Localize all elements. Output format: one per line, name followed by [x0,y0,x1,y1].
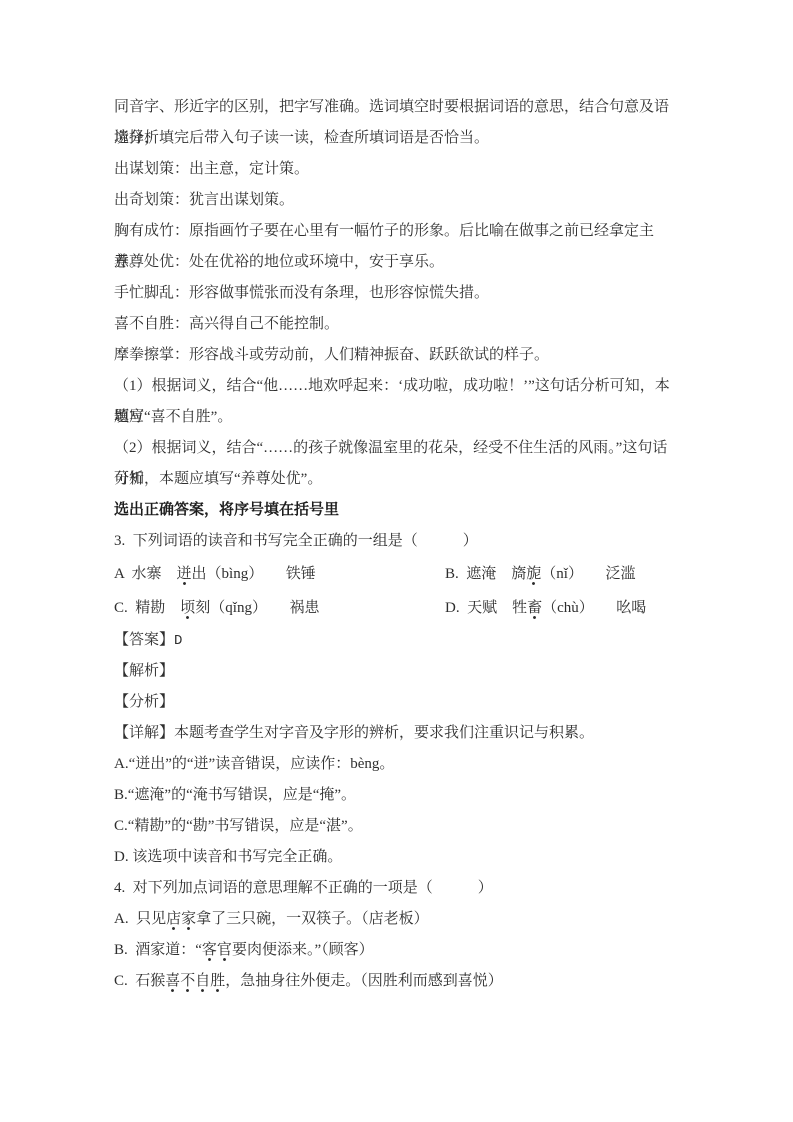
q3-option-c: C. 精勘 顷刻（qǐng） 祸患 [114,591,445,625]
glossary-line-chuqihuace: 出奇划策：犹言出谋划策。 [114,185,680,216]
answer-value: D [174,633,182,649]
q3-option-a-text: 出（bìng） 铁锤 [192,566,316,582]
q3-option-a-text: A 水寨 [114,566,177,582]
glossary-line-yangzunchuyou: 养尊处优：处在优裕的地位或环境中，安于享乐。 [114,247,680,278]
q4-option-a-text: A. 只见 [114,911,166,927]
document-page: 同音字、形近字的区别，把字写准确。选词填空时要根据词语的意思，结合句意及语境分析… [0,0,793,1122]
q3-options-row-1: A 水寨 迸出（bìng） 铁锤 B. 遮淹 旖旎（nǐ） 泛滥 [114,557,680,591]
analysis-item-1-line-2: 填写“喜不自胜”。 [114,402,680,433]
document-content: 同音字、形近字的区别，把字写准确。选词填空时要根据词语的意思，结合句意及语境分析… [114,92,680,997]
q3-option-b-dotted-char: 旎 [526,566,541,586]
glossary-line-xibuzisheng: 喜不自胜：高兴得自己不能控制。 [114,309,680,340]
q3-option-d-dotted-char: 畜 [527,600,542,620]
q4-option-a: A. 只见店家拿了三只碗，一双筷子。（店老板） [114,904,680,935]
note-c: C.“精勘”的“勘”书写错误，应是“湛”。 [114,811,680,842]
xiangjie-line: 【详解】本题考查学生对字音及字形的辨析，要求我们注重识记与积累。 [114,718,680,749]
q3-option-c-text: C. 精勘 [114,600,180,616]
analysis-item-2-line-2: 可知，本题应填写“养尊处优”。 [114,464,680,495]
q4-option-a-text: 拿了三只碗，一双筷子。（店老板） [196,911,429,927]
section-heading: 选出正确答案，将序号填在括号里 [114,495,680,526]
q4-option-b-text: B. 酒家道：“ [114,942,202,958]
q3-option-b-text: B. 遮淹 旖 [445,566,526,582]
fenxi-label: 【分析】 [114,687,680,718]
jiexi-label: 【解析】 [114,656,680,687]
q4-option-b-dotted-word: 客官 [202,942,232,962]
glossary-line-xiongyouchengzhu: 胸有成竹：原指画竹子要在心里有一幅竹子的形象。后比喻在做事之前已经拿定主意。 [114,216,680,247]
q3-option-c-dotted-char: 顷 [180,600,195,620]
q4-option-c: C. 石猴喜不自胜，急抽身往外便走。（因胜利而感到喜悦） [114,966,680,997]
explanation-line: 选择，填完后带入句子读一读，检查所填词语是否恰当。 [114,123,680,154]
q3-option-d: D. 天赋 牲畜（chù） 吆喝 [445,591,680,625]
answer-line: 【答案】D [114,625,680,656]
glossary-line-moquancazhang: 摩拳擦掌：形容战斗或劳动前，人们精神振奋、跃跃欲试的样子。 [114,340,680,371]
analysis-item-1-line-1: （1）根据词义，结合“他……地欢呼起来：‘成功啦，成功啦！’”这句话分析可知，本… [114,371,680,402]
q3-option-a-dotted-char: 迸 [177,566,192,586]
q4-option-c-text: ，急抽身往外便走。（因胜利而感到喜悦） [225,973,503,989]
q3-option-b: B. 遮淹 旖旎（nǐ） 泛滥 [445,557,680,591]
answer-label: 【答案】 [114,632,174,648]
analysis-item-2-line-1: （2）根据词义，结合“……的孩子就像温室里的花朵，经受不住生活的风雨。”这句话分… [114,433,680,464]
question-3-stem: 3. 下列词语的读音和书写完全正确的一组是（ ） [114,526,680,557]
q3-option-d-text: （chù） 吆喝 [542,600,646,616]
q4-option-c-text: C. 石猴 [114,973,165,989]
q4-option-b: B. 酒家道：“客官要肉便添来。”（顾客） [114,935,680,966]
q3-option-d-text: D. 天赋 牲 [445,600,527,616]
q4-option-a-dotted-word: 店家 [166,911,196,931]
glossary-line-shoumangjiaoluan: 手忙脚乱：形容做事慌张而没有条理，也形容惊慌失措。 [114,278,680,309]
note-d: D. 该选项中读音和书写完全正确。 [114,842,680,873]
q3-options-row-2: C. 精勘 顷刻（qǐng） 祸患 D. 天赋 牲畜（chù） 吆喝 [114,591,680,625]
q3-option-a: A 水寨 迸出（bìng） 铁锤 [114,557,445,591]
q3-option-c-text: 刻（qǐng） 祸患 [195,600,319,616]
q4-option-c-dotted-word: 喜不自胜 [165,973,225,993]
explanation-line: 同音字、形近字的区别，把字写准确。选词填空时要根据词语的意思，结合句意及语境分析 [114,92,680,123]
glossary-line-chumouhuace: 出谋划策：出主意，定计策。 [114,154,680,185]
note-a: A.“迸出”的“迸”读音错误，应读作：bèng。 [114,749,680,780]
note-b: B.“遮淹”的“淹书写错误，应是“掩”。 [114,780,680,811]
q4-option-b-text: 要肉便添来。”（顾客） [232,942,374,958]
q3-option-b-text: （nǐ） 泛滥 [541,566,635,582]
question-4-stem: 4. 对下列加点词语的意思理解不正确的一项是（ ） [114,873,680,904]
